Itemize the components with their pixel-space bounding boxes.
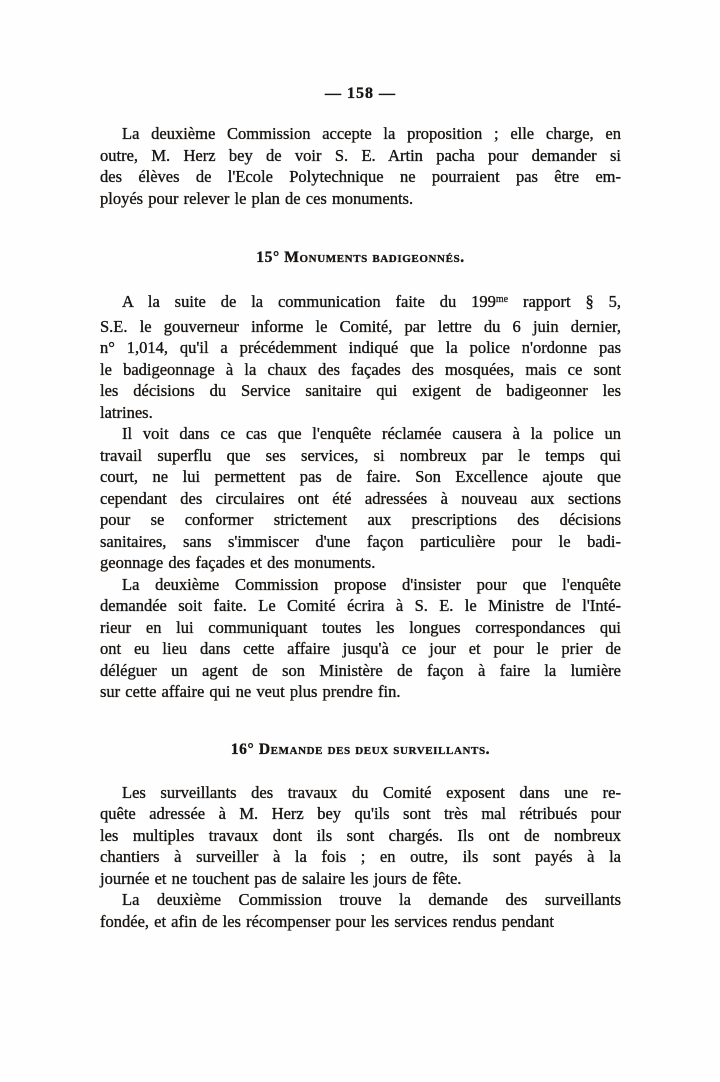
paragraph-commission-accepte: La deuxième Commission accepte la propos… (100, 123, 621, 209)
text-line: travail superflu que ses services, si no… (100, 445, 621, 467)
text-line: pour se conformer strictement aux prescr… (100, 509, 621, 531)
text-line: des élèves de l'Ecole Polytechnique ne p… (100, 166, 621, 188)
section-number: 16° (231, 741, 255, 758)
text-line: chantiers à surveiller à la fois ; en ou… (100, 846, 621, 868)
text-line: La deuxième Commission propose d'insiste… (100, 574, 621, 596)
text-line: demandée soit faite. Le Comité écrira à … (100, 595, 621, 617)
superscript-me: me (496, 294, 508, 305)
text-line: journée et ne touchent pas de salaire le… (100, 868, 621, 890)
section-number: 15° (256, 249, 280, 266)
text-line: court, ne lui permettent pas de faire. S… (100, 466, 621, 488)
text-line: le badigeonnage à la chaux des façades d… (100, 359, 621, 381)
text-line: les décisions du Service sanitaire qui e… (100, 380, 621, 402)
text-line: sur cette affaire qui ne veut plus prend… (100, 681, 621, 703)
text-line: latrines. (100, 402, 621, 424)
section-heading-16: 16° Demande des deux surveillants. (100, 739, 621, 761)
text-line: quête adressée à M. Herz bey qu'ils sont… (100, 803, 621, 825)
text-line: sanitaires, sans s'immiscer d'une façon … (100, 531, 621, 553)
text-line: cependant des circulaires ont été adress… (100, 488, 621, 510)
paragraph-demande-fondee: La deuxième Commission trouve la demande… (100, 889, 621, 932)
text-line: ployés pour relever le plan de ces monum… (100, 188, 621, 210)
text-line: outre, M. Herz bey de voir S. E. Artin p… (100, 145, 621, 167)
text-line: La deuxième Commission trouve la demande… (100, 889, 621, 911)
text-line: fondée, et afin de les récompenser pour … (100, 911, 621, 933)
text-line: Il voit dans ce cas que l'enquête réclam… (100, 423, 621, 445)
line-text-pre: A la suite de la communication faite du … (122, 292, 496, 311)
section-title: Monuments badigeonnés. (284, 249, 464, 266)
text-line: ont eu lieu dans cette affaire jusqu'à c… (100, 638, 621, 660)
text-line: Les surveillants des travaux du Comité e… (100, 782, 621, 804)
paragraph-commission-insiste: La deuxième Commission propose d'insiste… (100, 574, 621, 703)
text-line: La deuxième Commission accepte la propos… (100, 123, 621, 145)
paragraph-surveillants-requete: Les surveillants des travaux du Comité e… (100, 782, 621, 890)
text-line: déléguer un agent de son Ministère de fa… (100, 660, 621, 682)
text-line: n° 1,014, qu'il a précédemment indiqué q… (100, 337, 621, 359)
text-line: geonnage des façades et des monuments. (100, 552, 621, 574)
page-number: — 158 — (100, 84, 621, 104)
text-line: S.E. le gouverneur informe le Comité, pa… (100, 316, 621, 338)
text-line: A la suite de la communication faite du … (100, 291, 621, 316)
text-line: les multiples travaux dont ils sont char… (100, 825, 621, 847)
text-line: rieur en lui communiquant toutes les lon… (100, 617, 621, 639)
paragraph-enquete-police: Il voit dans ce cas que l'enquête réclam… (100, 423, 621, 574)
text-column: — 158 — La deuxième Commission accepte l… (100, 0, 621, 932)
section-heading-15: 15° Monuments badigeonnés. (100, 247, 621, 269)
line-text-post: rapport § 5, (508, 292, 621, 311)
section-title: Demande des deux surveillants. (259, 741, 490, 758)
scanned-book-page: — 158 — La deuxième Commission accepte l… (0, 0, 720, 1082)
paragraph-rapport-199: A la suite de la communication faite du … (100, 291, 621, 423)
